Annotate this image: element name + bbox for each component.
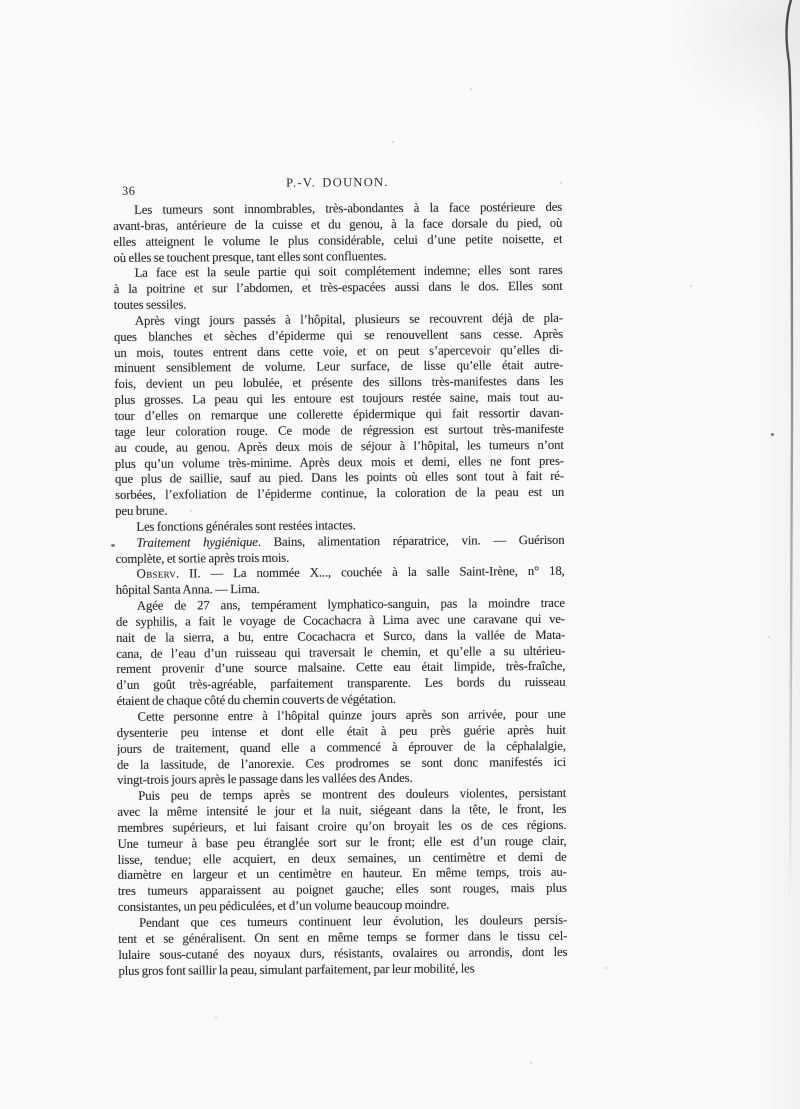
scan-speck: [215, 1017, 217, 1019]
text-line: à la poitrine et sur l’abdomen, et très-…: [114, 279, 563, 298]
text-line: Traitement hygiénique. Bains, alimentati…: [115, 533, 564, 552]
paragraph: Puis peu de temps après se montrent des …: [117, 786, 567, 916]
text-segment-italic: Traitement hygiénique: [136, 535, 257, 550]
scan-speck: [470, 88, 472, 90]
scan-speck: [530, 1062, 532, 1064]
text-segment-normal: . Bains, alimentation réparatrice, vin. …: [258, 533, 565, 549]
paragraph: Agée de 27 ans, tempérament lymphatico-s…: [116, 596, 566, 710]
paragraph: Pendant que ces tumeurs continuent leur …: [118, 913, 567, 980]
running-header: P.-V. DOUNON.: [113, 174, 562, 192]
paragraph: Cette personne entre à l’hôpital quinze …: [117, 707, 567, 789]
text-line: sorbées, l’exfoliation de l’épiderme con…: [115, 485, 564, 504]
text-line: d’un goût très-agréable, parfaitement tr…: [116, 675, 565, 694]
text-segment-normal: . II. — La nommée X..., couchée à la sal…: [176, 564, 565, 581]
text-line: tres tumeurs apparaissent au poignet gau…: [118, 881, 567, 900]
scan-speck: [768, 636, 770, 638]
page-content: 36 P.-V. DOUNON. Les tumeurs sont innomb…: [113, 174, 568, 979]
body-text: Les tumeurs sont innombrables, très-abon…: [113, 200, 567, 979]
scan-speck: [392, 141, 394, 143]
paragraph: Les tumeurs sont innombrables, très-abon…: [113, 200, 562, 267]
page-number: 36: [122, 184, 136, 199]
text-line: lulaire sous-cutané des noyaux durs, rés…: [118, 944, 567, 963]
scan-speck: [690, 285, 692, 287]
text-line: elles atteignent le volume le plus consi…: [113, 231, 562, 250]
scan-speck: [605, 967, 607, 969]
paragraph: Après vingt jours passés à l’hôpital, pl…: [114, 311, 564, 520]
paragraph: Traitement hygiénique. Bains, alimentati…: [115, 533, 564, 568]
scan-speck: [771, 433, 774, 436]
text-line: plus gros font saillir la peau, simulant…: [118, 960, 567, 979]
scanned-page: 36 P.-V. DOUNON. Les tumeurs sont innomb…: [0, 0, 800, 1109]
text-segment-smallcaps: Observ: [137, 567, 176, 581]
paragraph: Observ. II. — La nommée X..., couchée à …: [116, 564, 565, 599]
paragraph: La face est la seule partie qui soit com…: [114, 263, 563, 314]
page-head: 36 P.-V. DOUNON.: [113, 174, 562, 193]
scan-speck: [111, 544, 115, 547]
